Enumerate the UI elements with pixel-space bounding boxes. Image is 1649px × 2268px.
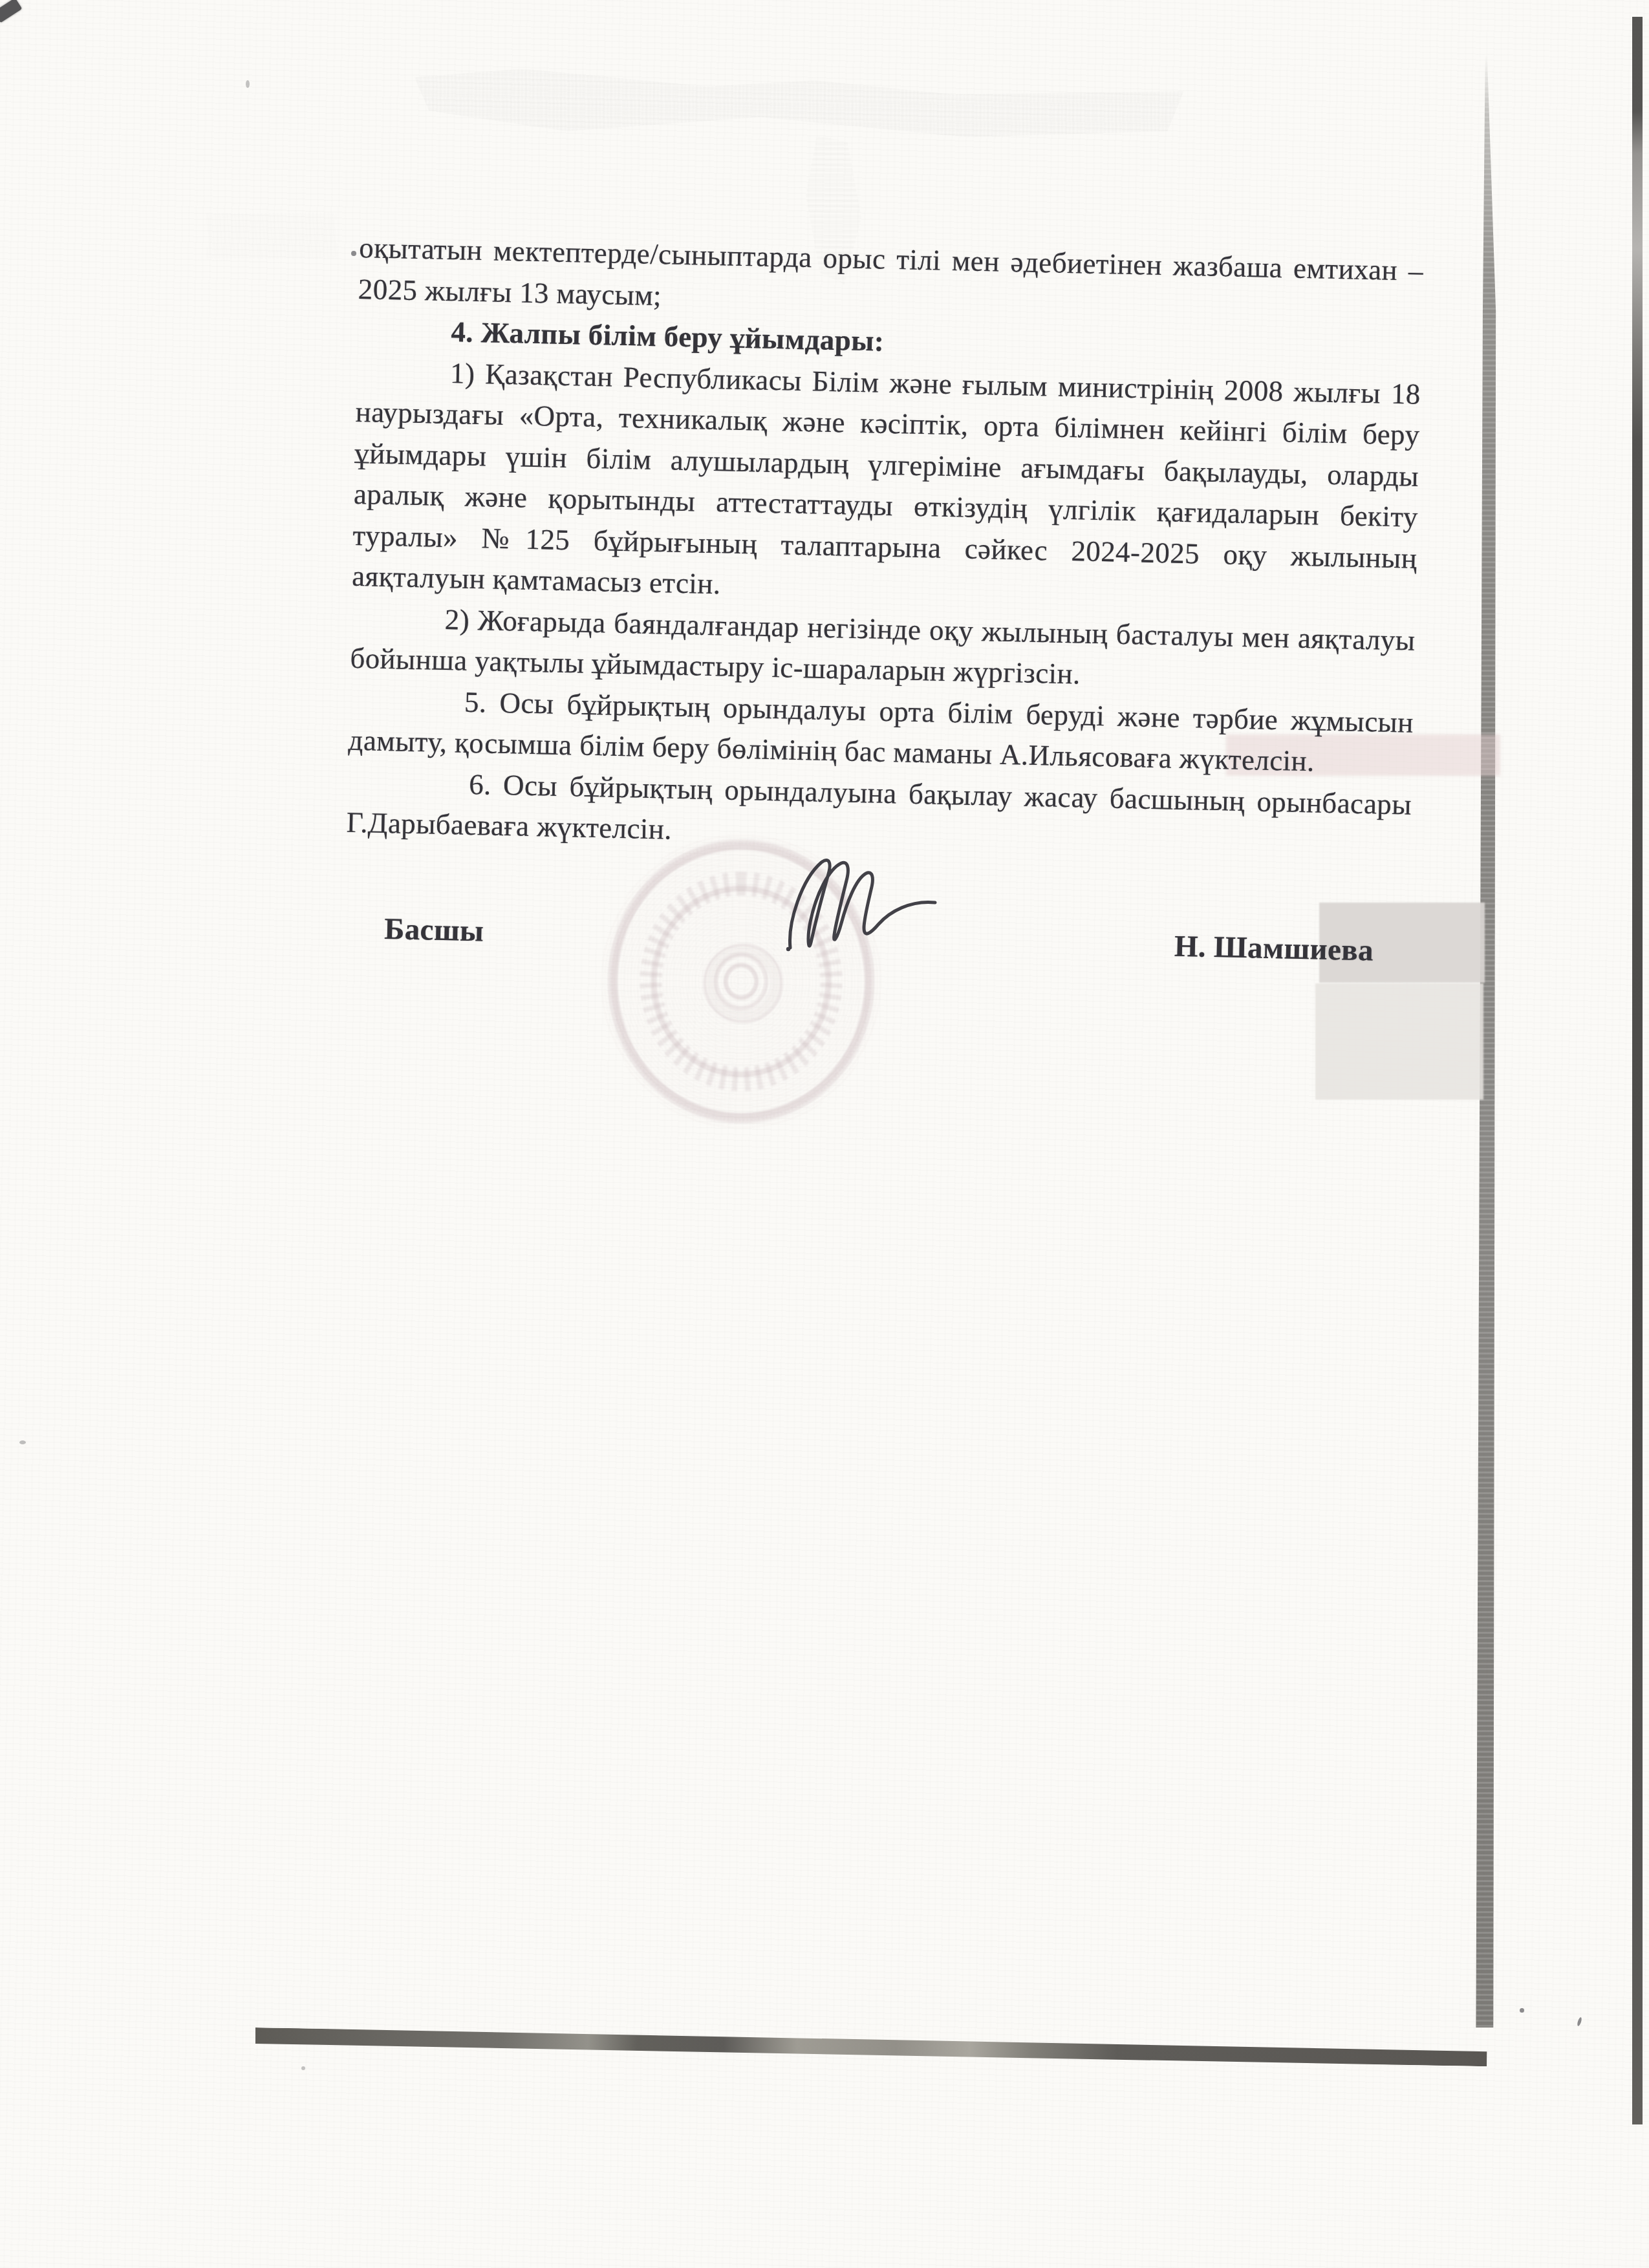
scan-gray-patch bbox=[1315, 983, 1483, 1100]
signer-role: Басшы bbox=[384, 909, 484, 952]
scan-bottom-bar bbox=[255, 2027, 1487, 2066]
document-body: оқытатын мектептерде/сыныптарда орыс тіл… bbox=[344, 228, 1424, 972]
signer-name: Н. Шамшиева bbox=[1174, 926, 1374, 971]
scan-speck bbox=[246, 80, 250, 88]
scan-speck bbox=[301, 2066, 305, 2070]
scan-speck bbox=[19, 1440, 26, 1444]
scan-speck bbox=[351, 251, 356, 256]
scan-edge-shadow bbox=[1632, 17, 1643, 2124]
scan-corner-mark bbox=[0, 0, 22, 23]
scan-noise-smudge bbox=[207, 213, 336, 259]
scanned-document-page: оқытатын мектептерде/сыныптарда орыс тіл… bbox=[0, 0, 1649, 2268]
scan-speck bbox=[1577, 2017, 1582, 2027]
paragraph-item-1: 1) Қазақстан Республикасы Білім және ғыл… bbox=[352, 350, 1421, 620]
scan-speck bbox=[1520, 2008, 1524, 2013]
scan-noise-smudge bbox=[413, 67, 1184, 145]
